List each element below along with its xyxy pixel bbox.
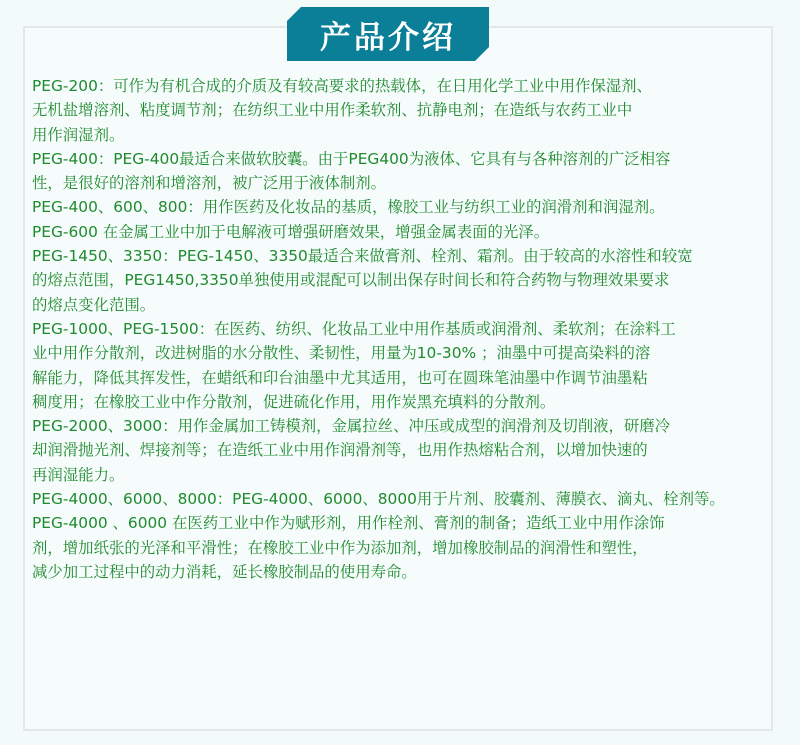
text-line: PEG-200：可作为有机合成的介质及有较高要求的热载体，在日用化学工业中用作保… xyxy=(32,74,772,98)
text-line: 无机盐增溶剂、粘度调节剂；在纺织工业中用作柔软剂、抗静电剂；在造纸与农药工业中 xyxy=(32,98,772,122)
text-line: 业中用作分散剂，改进树脂的水分散性、柔韧性，用量为10-30% ；油墨中可提高染… xyxy=(32,341,772,365)
text-line: PEG-2000、3000：用作金属加工铸模剂，金属拉丝、冲压或成型的润滑剂及切… xyxy=(32,414,772,438)
title-badge: 产品介绍 xyxy=(287,7,489,61)
text-line: PEG-1450、3350：PEG-1450、3350最适合来做膏剂、栓剂、霜剂… xyxy=(32,244,772,268)
text-line: 的熔点变化范围。 xyxy=(32,293,772,317)
product-description: PEG-200：可作为有机合成的介质及有较高要求的热载体，在日用化学工业中用作保… xyxy=(32,74,772,584)
text-line: PEG-4000 、6000 在医药工业中作为赋形剂，用作栓剂、膏剂的制备；造纸… xyxy=(32,511,772,535)
text-line: 减少加工过程中的动力消耗，延长橡胶制品的使用寿命。 xyxy=(32,560,772,584)
text-line: 剂，增加纸张的光泽和平滑性；在橡胶工业中作为添加剂，增加橡胶制品的润滑性和塑性， xyxy=(32,536,772,560)
text-line: 的熔点范围，PEG1450,3350单独使用或混配可以制出保存时间长和符合药物与… xyxy=(32,268,772,292)
paragraph-peg-4000-6000-uses: PEG-4000 、6000 在医药工业中作为赋形剂，用作栓剂、膏剂的制备；造纸… xyxy=(32,511,772,584)
text-line: PEG-4000、6000、8000：PEG-4000、6000、8000用于片… xyxy=(32,487,772,511)
text-line: PEG-400：PEG-400最适合来做软胶囊。由于PEG400为液体、它具有与… xyxy=(32,147,772,171)
paragraph-peg-1000-1500: PEG-1000、PEG-1500：在医药、纺织、化妆品工业中用作基质或润滑剂、… xyxy=(32,317,772,414)
paragraph-peg-400-600-800: PEG-400、600、800：用作医药及化妆品的基质，橡胶工业与纺织工业的润滑… xyxy=(32,195,772,219)
text-line: 却润滑抛光剂、焊接剂等；在造纸工业中用作润滑剂等，也用作热熔粘合剂，以增加快速的 xyxy=(32,438,772,462)
paragraph-peg-1450-3350: PEG-1450、3350：PEG-1450、3350最适合来做膏剂、栓剂、霜剂… xyxy=(32,244,772,317)
paragraph-peg-600: PEG-600 在金属工业中加于电解液可增强研磨效果，增强金属表面的光泽。 xyxy=(32,220,772,244)
text-line: PEG-600 在金属工业中加于电解液可增强研磨效果，增强金属表面的光泽。 xyxy=(32,220,772,244)
paragraph-peg-200: PEG-200：可作为有机合成的介质及有较高要求的热载体，在日用化学工业中用作保… xyxy=(32,74,772,147)
text-line: 用作润湿剂。 xyxy=(32,123,772,147)
text-line: 性，是很好的溶剂和增溶剂，被广泛用于液体制剂。 xyxy=(32,171,772,195)
paragraph-peg-2000-3000: PEG-2000、3000：用作金属加工铸模剂，金属拉丝、冲压或成型的润滑剂及切… xyxy=(32,414,772,487)
page-title: 产品介绍 xyxy=(320,12,456,57)
text-line: 再润湿能力。 xyxy=(32,463,772,487)
text-line: PEG-1000、PEG-1500：在医药、纺织、化妆品工业中用作基质或润滑剂、… xyxy=(32,317,772,341)
text-line: 稠度用；在橡胶工业中作分散剂，促进硫化作用，用作炭黑充填料的分散剂。 xyxy=(32,390,772,414)
paragraph-peg-4000-6000-8000: PEG-4000、6000、8000：PEG-4000、6000、8000用于片… xyxy=(32,487,772,511)
text-line: 解能力，降低其挥发性，在蜡纸和印台油墨中尤其适用，也可在圆珠笔油墨中作调节油墨粘 xyxy=(32,366,772,390)
text-line: PEG-400、600、800：用作医药及化妆品的基质，橡胶工业与纺织工业的润滑… xyxy=(32,195,772,219)
paragraph-peg-400: PEG-400：PEG-400最适合来做软胶囊。由于PEG400为液体、它具有与… xyxy=(32,147,772,196)
